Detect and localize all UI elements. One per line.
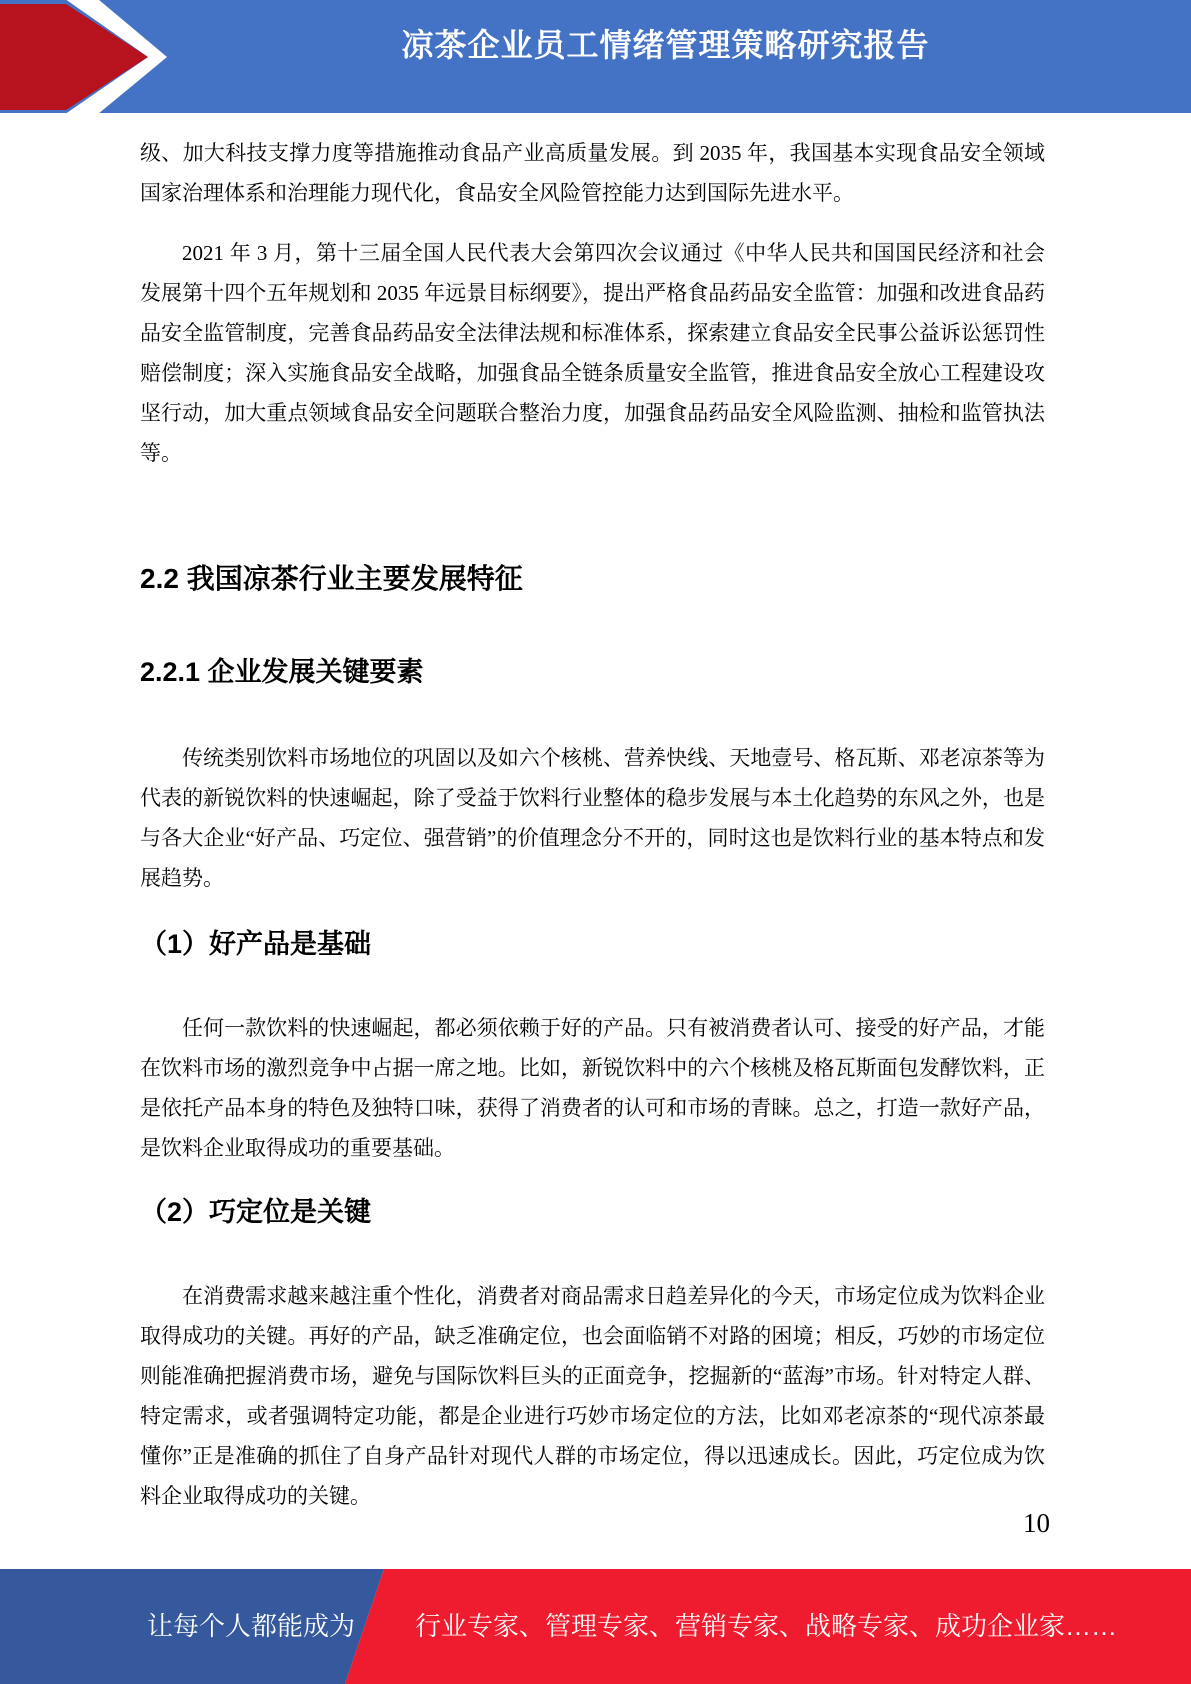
paragraph-good-product: 任何一款饮料的快速崛起，都必须依赖于好的产品。只有被消费者认可、接受的好产品，才… [140,1008,1045,1168]
document-page: 凉茶企业员工情绪管理策略研究报告 级、加大科技支撑力度等措施推动食品产业高质量发… [0,0,1191,1684]
point-heading-2-positioning: （2）巧定位是关键 [140,1196,1045,1229]
paragraph-positioning: 在消费需求越来越注重个性化，消费者对商品需求日趋差异化的今天，市场定位成为饮料企… [140,1276,1045,1516]
paragraph-key-factors: 传统类别饮料市场地位的巩固以及如六个核桃、营养快线、天地壹号、格瓦斯、邓老凉茶等… [140,738,1045,898]
footer-slogan-left: 让每个人都能成为 [0,1611,355,1641]
paragraph-2021-plan: 2021 年 3 月，第十三届全国人民代表大会第四次会议通过《中华人民共和国国民… [140,233,1045,473]
paragraph-food-industry: 级、加大科技支撑力度等措施推动食品产业高质量发展。到 2035 年，我国基本实现… [140,133,1045,213]
subsection-heading-2-2-1: 2.2.1 企业发展关键要素 [140,656,1045,689]
report-header-bar: 凉茶企业员工情绪管理策略研究报告 [0,0,1191,113]
section-heading-2-2: 2.2 我国凉茶行业主要发展特征 [140,562,1045,596]
footer-band: 让每个人都能成为 行业专家、管理专家、营销专家、战略专家、成功企业家…… [0,1569,1191,1684]
report-title: 凉茶企业员工情绪管理策略研究报告 [200,26,1131,64]
footer-slogan-right: 行业专家、管理专家、营销专家、战略专家、成功企业家…… [415,1611,1117,1641]
page-number: 10 [1023,1508,1050,1538]
point-heading-1-good-product: （1）好产品是基础 [140,928,1045,961]
